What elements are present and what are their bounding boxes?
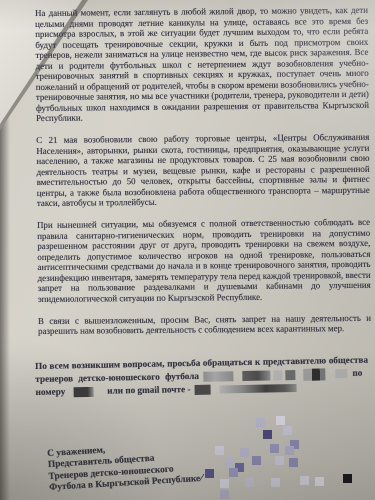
signature-block: С уважением, Представитель общества Трен…: [47, 440, 201, 495]
redaction-chunk: [73, 386, 93, 396]
redaction-chunk: [303, 368, 325, 380]
redaction-phone: [65, 386, 93, 397]
photo-left-edge-shadow: [0, 90, 10, 500]
signature-redaction-mosaic: [193, 416, 375, 500]
mosaic-block: [315, 477, 324, 486]
letter-paragraph: В связи с вышеизложенным, просим Вас, сн…: [38, 312, 371, 336]
mosaic-block: [220, 490, 229, 499]
redaction-chunk: [203, 371, 233, 382]
mosaic-block: [229, 468, 238, 477]
mosaic-block: [225, 458, 234, 467]
mosaic-block: [245, 478, 254, 487]
mosaic-block: [289, 458, 298, 467]
mosaic-block: [256, 418, 265, 427]
mosaic-block: [343, 474, 352, 483]
redaction-chunk: [219, 383, 296, 392]
mosaic-block: [205, 469, 214, 478]
redaction-chunk: [194, 384, 210, 394]
mosaic-block: [215, 446, 224, 455]
letter-paragraph: При нынешней ситуации, мы обязуемся с по…: [37, 217, 371, 304]
letter-paragraph: С 21 мая возобновили свою работу торговы…: [36, 132, 370, 209]
redaction-chunk: [285, 370, 295, 380]
contact-line-3-word: номеру: [35, 385, 65, 399]
mosaic-block: [263, 430, 272, 439]
mosaic-block: [270, 444, 279, 453]
mosaic-block: [220, 479, 229, 488]
mosaic-block: [283, 426, 292, 435]
contact-paragraph: По всем возникшим вопросам, просьба обра…: [35, 354, 369, 399]
mosaic-block: [276, 416, 285, 425]
letter-body: На данный момент, если заглянуть в любой…: [35, 5, 371, 348]
mosaic-block: [285, 446, 294, 455]
redaction-email: [190, 382, 296, 394]
photographed-letter: На данный момент, если заглянуть в любой…: [0, 0, 375, 500]
redaction-chunk: [335, 369, 347, 378]
mosaic-block: [252, 456, 261, 465]
mosaic-block: [300, 476, 309, 485]
redaction-chunk: [242, 370, 270, 381]
mosaic-block: [275, 456, 284, 465]
mosaic-block: [271, 478, 280, 487]
redaction-chunk: [273, 370, 282, 380]
letter-paragraph: На данный момент, если заглянуть в любой…: [35, 5, 369, 124]
contact-line-3-text: или по gmail почте -: [107, 383, 190, 398]
mosaic-block: [240, 448, 249, 457]
contact-line-2-end: по: [352, 367, 362, 380]
